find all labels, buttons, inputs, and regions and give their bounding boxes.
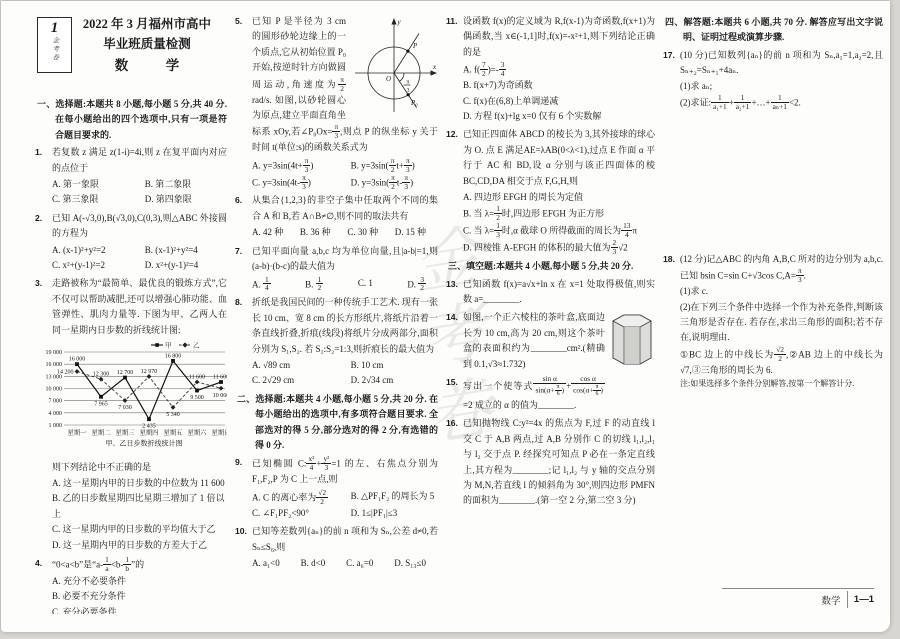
question-number: 15. (446, 375, 458, 390)
badge-name: 金考卷 (47, 37, 62, 63)
question-16: 16.已知抛物线 C:y²=4x 的焦点为 F,过 F 的动直线 l 交 C 于… (448, 416, 655, 508)
svg-text:甲、乙日步数折线统计图: 甲、乙日步数折线统计图 (106, 439, 183, 448)
exam-content: 1 金考卷 2022 年 3 月福州市高中 毕业班质量检测 数 学 一、选择题:… (1, 1, 890, 614)
svg-text:星期一: 星期一 (68, 428, 88, 437)
svg-text:4 000: 4 000 (49, 411, 63, 417)
section-header: 四、解答题:本题共 6 小题,共 70 分. 解答应写出文字说明、证明过程或演算… (665, 15, 883, 46)
question-4: 4.“0<a<b”是“a-1a<b-1b”的A. 充分不必要条件B. 必要不充分… (37, 556, 227, 614)
question-number: 2. (35, 211, 42, 226)
question-text: 15.写出一个使等式sin αsin(α+π6)+cos αcos(α+π6)=… (463, 375, 655, 413)
question-number: 6. (235, 193, 242, 208)
exam-badge: 1 金考卷 (37, 17, 72, 73)
column-3-body: 11.设函数 f(x)的定义域为 R,f(x-1)为奇函数,f(x+1)为偶函数… (448, 14, 655, 509)
section-header: 一、选择题:本题共 8 小题,每小题 5 分,共 40 分. 在每小题给出的四个… (37, 97, 227, 143)
question-number: 4. (35, 556, 42, 571)
option: C. 当 λ=13时,α 截球 O 所得截面的周长为134π (463, 222, 655, 239)
question-text: 18.(12 分)记△ABC 的内角 A,B,C 所对的边分别为 a,b,c. … (680, 252, 883, 284)
option: B. 36 种 (300, 225, 331, 240)
question-number: 1. (35, 145, 42, 160)
question-text: 则下列结论中不正确的是 (52, 460, 227, 475)
question-text: (2)求证:1a₁+1+1a₂+1+…+1aₙ+1<2. (680, 94, 883, 111)
question-number: 10. (235, 524, 247, 539)
question-text: 2.已知 A(-√3,0),B(√3,0),C(0,3),则△ABC 外接圆的方… (52, 211, 227, 242)
svg-text:19 000: 19 000 (46, 350, 63, 356)
option: D. x²+(y-1)²=4 (145, 258, 227, 273)
question-number: 11. (446, 14, 457, 29)
options: A. 四边形 EFGH 的周长为定值B. 当 λ=12时,四边形 EFGH 为正… (463, 190, 655, 256)
svg-text:星期五: 星期五 (164, 428, 184, 437)
question-text: (2)在下列三个条件中选择一个作为补充条件,判断该三角形是否存在. 若存在,求出… (680, 300, 883, 346)
svg-text:5 340: 5 340 (166, 412, 180, 418)
option: A. C 的离心率为√22 (252, 489, 351, 506)
option: D. 第四象限 (145, 192, 227, 207)
question-15: 15.写出一个使等式sin αsin(α+π6)+cos αcos(α+π6)=… (448, 375, 655, 413)
question-text: 17.(10 分)已知数列{aₙ}的前 n 项和为 Sₙ,a₁=1,a₂=2,且… (680, 48, 883, 79)
option: B. d<0 (301, 556, 326, 571)
option: D. 32 (407, 276, 426, 293)
option: D. S₁₃≤0 (394, 556, 426, 571)
question-text: 13.已知函数 f(x)=a√x+ln x 在 x=1 处取得极值,则实数 a=… (463, 277, 655, 308)
answer-space (665, 114, 883, 252)
option: C. f(x)在(6,8)上单调递减 (463, 94, 655, 109)
question-text: 10.已知等差数列{aₙ}的前 n 项和为 Sₙ,公差 d≠0,若 Sₙ≤S₆,… (252, 524, 438, 555)
option: C. ∠F₁PF₂<90° (252, 506, 351, 521)
option: A. √89 cm (252, 358, 351, 373)
option: B. (x-1)²+y²=4 (145, 243, 227, 258)
options: A. 14B. 12C. 1D. 32 (252, 276, 438, 293)
question-text: ①BC 边上的中线长为√22,②AB 边上的中线长为√7,③三角形的周长为 6. (680, 346, 883, 378)
footer-subject: 数学 (822, 593, 841, 607)
option: A. a₁<0 (252, 556, 280, 571)
column-3: 11.设函数 f(x)的定义域为 R,f(x-1)为奇函数,f(x+1)为偶函数… (448, 14, 655, 614)
svg-text:甲: 甲 (165, 342, 172, 350)
exam-header: 1 金考卷 2022 年 3 月福州市高中 毕业班质量检测 数 学 (37, 14, 227, 92)
question-3: 3.走路被称为“最简单、最优良的锻炼方式”,它不仅可以帮助减肥,还可以增强心肺功… (37, 276, 227, 552)
day-steps-line-chart: 19 00016 00013 00010 0007 0004 0001 000甲… (39, 340, 227, 458)
options: A. y=3sin(4t+π3)B. y=3sin(π2t+π3)C. y=3s… (252, 157, 438, 191)
question-text: 8.折纸是我国民间的一种传统手工艺术. 现有一张长 10 cm、宽 8 cm 的… (252, 295, 438, 357)
question-text: (1)求 c. (680, 284, 883, 299)
question-text: 1.若复数 z 满足 z(1-i)=4i,则 z 在复平面内对应的点位于 (52, 145, 227, 176)
option: D. 方程 f(x)+lg x=0 仅有 6 个实数解 (463, 109, 655, 124)
svg-text:12 970: 12 970 (141, 369, 158, 375)
svg-text:P: P (412, 42, 418, 50)
question-18: 18.(12 分)记△ABC 的内角 A,B,C 所对的边分别为 a,b,c. … (665, 252, 883, 391)
column-4: 四、解答题:本题共 6 小题,共 70 分. 解答应写出文字说明、证明过程或演算… (665, 14, 883, 614)
svg-text:7 965: 7 965 (94, 401, 108, 407)
question-text: 12.已知正四面体 ABCD 的棱长为 3,其外接球的球心为 O. 点 E 满足… (463, 127, 655, 189)
option: C. a₆=0 (346, 556, 373, 571)
question-text: 6.从集合{1,2,3}的非空子集中任取两个不同的集合 A 和 B,若 A∩B≠… (252, 193, 438, 224)
option: D. 1≤|PF₁|≤3 (351, 506, 438, 521)
option: B. 第二象限 (145, 177, 227, 192)
question-6: 6.从集合{1,2,3}的非空子集中任取两个不同的集合 A 和 B,若 A∩B≠… (237, 193, 438, 240)
question-number: 12. (446, 127, 458, 142)
option: D. 四棱锥 A-EFGH 的体积的最大值为23√2 (463, 239, 655, 256)
svg-text:16 000: 16 000 (46, 362, 63, 368)
column-1-body: 一、选择题:本题共 8 小题,每小题 5 分,共 40 分. 在每小题给出的四个… (37, 97, 227, 614)
option: A. (x-1)²+y²=2 (52, 243, 145, 258)
svg-text:y: y (397, 18, 402, 26)
svg-text:14 200: 14 200 (57, 370, 74, 376)
svg-text:乙: 乙 (193, 342, 200, 350)
option: D. y=3sin(π2t-π3) (351, 174, 438, 191)
question-number: 9. (235, 455, 242, 470)
column-4-body: 四、解答题:本题共 6 小题,共 70 分. 解答应写出文字说明、证明过程或演算… (665, 15, 883, 391)
question-text: 注:如果选择多个条件分别解答,按第一个解答计分. (680, 378, 883, 391)
option: B. y=3sin(π2t+π3) (351, 157, 438, 174)
option: A. 充分不必要条件 (52, 574, 227, 589)
options: A. 充分不必要条件B. 必要不充分条件C. 充分必要条件D. 既不充分也不必要… (52, 574, 227, 614)
option: A. y=3sin(4t+π3) (252, 157, 351, 174)
tea-box-figure (609, 311, 655, 373)
svg-text:11 600: 11 600 (213, 375, 227, 381)
option: A. f(72)=-34 (463, 61, 655, 78)
option: C. 2√29 cm (252, 373, 351, 388)
svg-text:12 300: 12 300 (93, 372, 110, 378)
exam-subject: 数 学 (67, 56, 227, 76)
option: B. f(x+7)为奇函数 (463, 78, 655, 93)
question-8: 8.折纸是我国民间的一种传统手工艺术. 现有一张长 10 cm、宽 8 cm 的… (237, 295, 438, 388)
options: A. C 的离心率为√22B. △PF₁F₂ 的周长为 5C. ∠F₁PF₂<9… (252, 489, 438, 521)
svg-text:星期四: 星期四 (140, 428, 159, 437)
question-number: 13. (446, 277, 458, 292)
svg-text:P₀: P₀ (410, 99, 418, 107)
question-17: 17.(10 分)已知数列{aₙ}的前 n 项和为 Sₙ,a₁=1,a₂=2,且… (665, 48, 883, 111)
question-text: 16.已知抛物线 C:y²=4x 的焦点为 F,过 F 的动直线 l 交 C 于… (463, 416, 655, 508)
svg-text:12 700: 12 700 (117, 370, 134, 376)
question-text: 3.走路被称为“最简单、最优良的锻炼方式”,它不仅可以帮助减肥,还可以增强心肺功… (52, 276, 227, 338)
option: A. 第一象限 (52, 177, 145, 192)
option: C. 充分必要条件 (52, 605, 227, 614)
svg-text:π: π (407, 80, 410, 86)
question-11: 11.设函数 f(x)的定义域为 R,f(x-1)为奇函数,f(x+1)为偶函数… (448, 14, 655, 124)
svg-text:7 000: 7 000 (49, 399, 63, 405)
svg-text:星期二: 星期二 (92, 428, 112, 437)
exam-title-line1: 2022 年 3 月福州市高中 (67, 14, 227, 34)
option: D. 15 种 (395, 225, 426, 240)
question-number: 3. (35, 276, 42, 291)
options: A. √89 cmB. 10 cmC. 2√29 cmD. 2√34 cm (252, 358, 438, 389)
question-text: (1)求 aₙ; (680, 79, 883, 94)
question-9: 9.已知椭圆 C:x²4+y²3=1 的左、右焦点分别为 F₁,F₂,P 为 C… (237, 455, 438, 521)
section-header: 三、填空题:本题共 4 小题,每小题 5 分,共 20 分. (448, 259, 655, 274)
question-number: 7. (235, 244, 242, 259)
option: D. 2√34 cm (351, 373, 438, 388)
page-footer: 数学 1—1 (722, 588, 874, 608)
column-2-body: yxOPP₀π35.已知 P 是半径为 3 cm 的圆形砂轮边缘上的一个质点,它… (237, 14, 438, 571)
option: B. 必要不充分条件 (52, 589, 227, 604)
options: A. 第一象限B. 第二象限C. 第三象限D. 第四象限 (52, 177, 227, 208)
options: A. (x-1)²+y²=2B. (x-1)²+y²=4C. x²+(y-1)²… (52, 243, 227, 274)
svg-text:10 060: 10 060 (213, 393, 227, 399)
options: A. a₁<0B. d<0C. a₆=0D. S₁₃≤0 (252, 556, 438, 571)
option: B. 10 cm (351, 358, 438, 373)
svg-text:星期六: 星期六 (188, 428, 208, 437)
question-number: 18. (663, 252, 675, 267)
question-number: 17. (663, 48, 675, 63)
option: B. 12 (305, 276, 323, 293)
option: A. 42 种 (252, 225, 283, 240)
footer-page-number: 1—1 (854, 594, 874, 605)
option: A. 四边形 EFGH 的周长为定值 (463, 190, 655, 205)
svg-text:16 800: 16 800 (165, 354, 182, 360)
option: C. y=3sin(4t-π3) (252, 174, 351, 191)
svg-text:星期日: 星期日 (212, 428, 227, 437)
badge-number: 1 (51, 19, 59, 37)
options: A. f(72)=-34B. f(x+7)为奇函数C. f(x)在(6,8)上单… (463, 61, 655, 124)
option: A. 14 (252, 276, 271, 293)
question-text: 9.已知椭圆 C:x²4+y²3=1 的左、右焦点分别为 F₁,F₂,P 为 C… (252, 455, 438, 487)
question-number: 14. (446, 310, 458, 325)
question-1: 1.若复数 z 满足 z(1-i)=4i,则 z 在复平面内对应的点位于A. 第… (37, 145, 227, 208)
question-number: 5. (235, 14, 242, 29)
option: B. 当 λ=12时,四边形 EFGH 为正方形 (463, 205, 655, 222)
option: D. 这一星期内甲的日步数的方差大于乙 (52, 538, 227, 553)
svg-text:10 000: 10 000 (46, 387, 63, 393)
question-7: 7.已知平面向量 a,b,c 均为单位向量,且|a-b|=1,则(a-b)·(b… (237, 244, 438, 293)
svg-text:11 600: 11 600 (189, 375, 205, 381)
option: C. 30 种 (347, 225, 378, 240)
svg-text:x: x (432, 63, 437, 71)
options: A. 42 种B. 36 种C. 30 种D. 15 种 (252, 225, 438, 240)
question-number: 8. (235, 295, 242, 310)
exam-page: 金考卷 1 金考卷 2022 年 3 月福州市高中 毕业班质量检测 数 学 一、… (1, 1, 890, 632)
question-12: 12.已知正四面体 ABCD 的棱长为 3,其外接球的球心为 O. 点 E 满足… (448, 127, 655, 256)
question-13: 13.已知函数 f(x)=a√x+ln x 在 x=1 处取得极值,则实数 a=… (448, 277, 655, 308)
grinding-wheel-figure: yxOPP₀π3 (350, 15, 438, 120)
option: C. 第三象限 (52, 192, 145, 207)
svg-text:7 030: 7 030 (118, 405, 132, 411)
option: C. 1 (358, 276, 373, 293)
svg-text:9 500: 9 500 (190, 395, 204, 401)
option: C. 这一星期内甲的日步数的平均值大于乙 (52, 522, 227, 537)
svg-text:1 000: 1 000 (49, 423, 63, 429)
question-5: yxOPP₀π35.已知 P 是半径为 3 cm 的圆形砂轮边缘上的一个质点,它… (237, 14, 438, 190)
exam-title-line2: 毕业班质量检测 (67, 34, 227, 54)
question-2: 2.已知 A(-√3,0),B(√3,0),C(0,3),则△ABC 外接圆的方… (37, 211, 227, 274)
options: A. 这一星期内甲的日步数的中位数为 11 600B. 乙的日步数星期四比星期三… (52, 476, 227, 553)
svg-text:星期三: 星期三 (116, 428, 136, 437)
option: B. △PF₁F₂ 的周长为 5 (351, 489, 438, 506)
question-14: 14.如图,一个正六棱柱的茶叶盒,底面边长为 10 cm,高为 20 cm,则这… (448, 310, 655, 372)
question-text: 11.设函数 f(x)的定义域为 R,f(x-1)为奇函数,f(x+1)为偶函数… (463, 14, 655, 60)
question-10: 10.已知等差数列{aₙ}的前 n 项和为 Sₙ,公差 d≠0,若 Sₙ≤S₆,… (237, 524, 438, 571)
question-number: 16. (446, 416, 458, 431)
question-text: 7.已知平面向量 a,b,c 均为单位向量,且|a-b|=1,则(a-b)·(b… (252, 244, 438, 275)
option: C. x²+(y-1)²=2 (52, 258, 145, 273)
svg-text:3: 3 (407, 88, 410, 94)
svg-text:16 000: 16 000 (69, 357, 86, 363)
question-text: 4.“0<a<b”是“a-1a<b-1b”的 (52, 556, 227, 573)
section-header: 二、选择题:本题共 4 小题,每小题 5 分,共 20 分. 在每小题给出的选项… (237, 392, 438, 454)
svg-text:O: O (386, 75, 391, 83)
option: A. 这一星期内甲的日步数的中位数为 11 600 (52, 476, 227, 491)
footer-divider (847, 591, 848, 608)
column-2: yxOPP₀π35.已知 P 是半径为 3 cm 的圆形砂轮边缘上的一个质点,它… (237, 14, 438, 614)
option: B. 乙的日步数星期四比星期三增加了 1 倍以上 (52, 491, 227, 522)
column-1: 1 金考卷 2022 年 3 月福州市高中 毕业班质量检测 数 学 一、选择题:… (37, 14, 227, 614)
